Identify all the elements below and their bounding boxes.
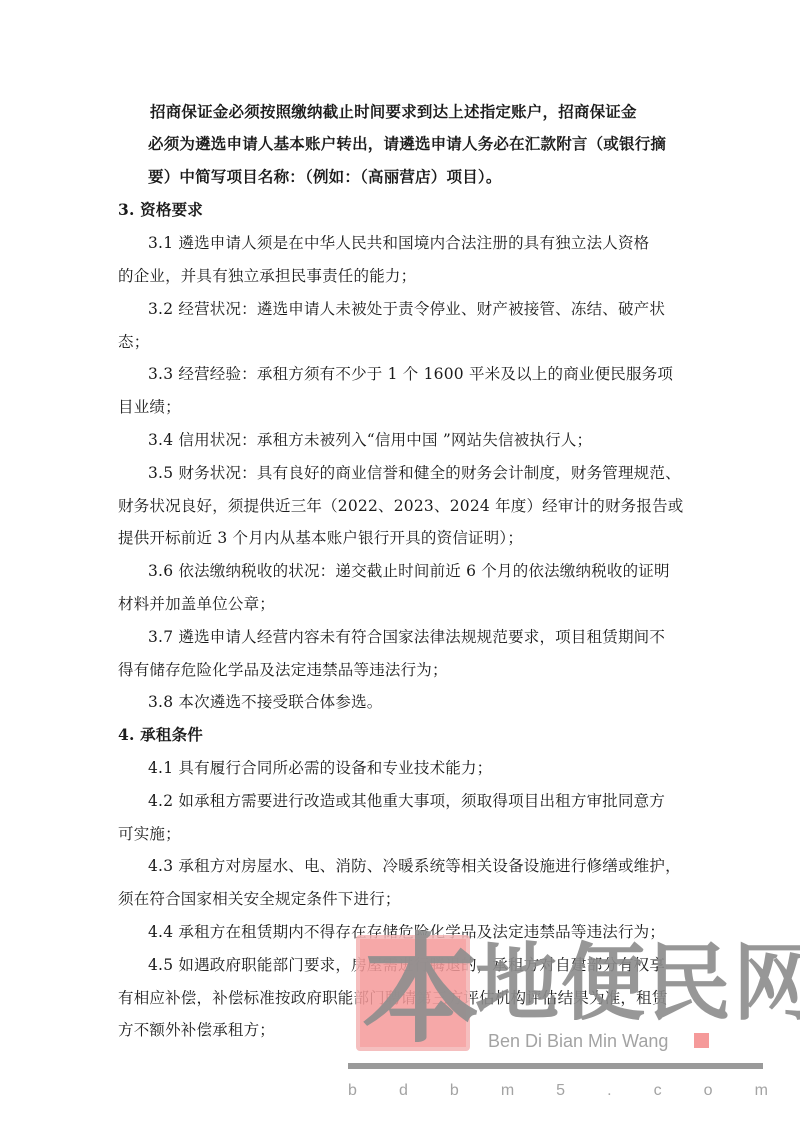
watermark-url-letter: m [501,1082,514,1100]
item-4-5-line-3: 方不额外补偿承租方； [118,1020,275,1040]
item-3-5-line-1: 3.5 财务状况：具有良好的商业信誉和健全的财务会计制度，财务管理规范、 [148,463,681,483]
item-4-4-line-1: 4.4 承租方在租赁期内不得存在存储危险化学品及法定违禁品等违法行为； [148,922,665,942]
item-4-1-line-1: 4.1 具有履行合同所必需的设备和专业技术能力； [148,758,492,778]
section-3-heading: 3. 资格要求 [118,200,203,220]
item-3-5-line-2: 财务状况良好，须提供近三年（2022、2023、2024 年度）经审计的财务报告… [118,496,683,516]
item-3-2-line-2: 态； [118,332,149,352]
item-3-6-line-1: 3.6 依法缴纳税收的状况：递交截止时间前近 6 个月的依法缴纳税收的证明 [148,561,670,581]
watermark-url-letter: o [704,1082,713,1100]
watermark-url-letter: b [348,1082,357,1100]
watermark-url-letter: 5 [556,1082,565,1100]
watermark-square-icon [694,1033,709,1048]
watermark-url-letter: . [607,1082,611,1100]
item-3-5-line-3: 提供开标前近 3 个月内从基本账户银行开具的资信证明）； [118,528,523,548]
item-3-6-line-2: 材料并加盖单位公章； [118,594,275,614]
watermark-url-letter: m [755,1082,768,1100]
watermark-url: b d b m 5 . c o m [348,1082,768,1100]
watermark-url-letter: c [654,1082,662,1100]
item-3-2-line-1: 3.2 经营状况：遴选申请人未被处于责令停业、财产被接管、冻结、破产状 [148,299,665,319]
item-4-5-line-2: 有相应补偿，补偿标准按政府职能部门聘请第三方评估机构评估结果为准，租赁 [118,988,668,1008]
watermark-pinyin: Ben Di Bian Min Wang [488,1031,668,1052]
watermark-url-letter: b [450,1082,459,1100]
item-3-3-line-2: 目业绩； [118,397,181,417]
item-3-8-line-1: 3.8 本次遴选不接受联合体参选。 [148,692,382,712]
item-3-3-line-1: 3.3 经营经验：承租方须有不少于 1 个 1600 平米及以上的商业便民服务项 [148,364,673,384]
item-4-3-line-1: 4.3 承租方对房屋水、电、消防、冷暖系统等相关设备设施进行修缮或维护， [148,856,681,876]
watermark-divider [348,1063,763,1069]
item-4-5-line-1: 4.5 如遇政府职能部门要求，房屋需进行腾退的，承租方对自建部分有权享 [148,955,665,975]
item-3-1-line-1: 3.1 遴选申请人须是在中华人民共和国境内合法注册的具有独立法人资格 [148,233,649,253]
document-page: 招商保证金必须按照缴纳截止时间要求到达上述指定账户，招商保证金 必须为遴选申请人… [0,0,800,1122]
watermark-chars: 地便民网 [475,935,800,1031]
item-3-4-line-1: 3.4 信用状况：承租方未被列入“信用中国 ”网站失信被执行人； [148,430,592,450]
intro-line-1: 招商保证金必须按照缴纳截止时间要求到达上述指定账户，招商保证金 [150,102,637,122]
item-3-1-line-2: 的企业，并具有独立承担民事责任的能力； [118,266,416,286]
item-4-2-line-1: 4.2 如承租方需要进行改造或其他重大事项，须取得项目出租方审批同意方 [148,791,665,811]
watermark-url-letter: d [399,1082,408,1100]
intro-line-3: 要）中简写项目名称：（例如：（高丽营店）项目）。 [148,167,502,187]
item-3-7-line-1: 3.7 遴选申请人经营内容未有符合国家法律法规规范要求，项目租赁期间不 [148,627,665,647]
item-4-2-line-2: 可实施； [118,824,181,844]
item-3-7-line-2: 得有储存危险化学品及法定违禁品等违法行为； [118,660,448,680]
item-4-3-line-2: 须在符合国家相关安全规定条件下进行； [118,889,401,909]
intro-line-2: 必须为遴选申请人基本账户转出，请遴选申请人务必在汇款附言（或银行摘 [148,134,666,154]
section-4-heading: 4. 承租条件 [118,725,203,745]
